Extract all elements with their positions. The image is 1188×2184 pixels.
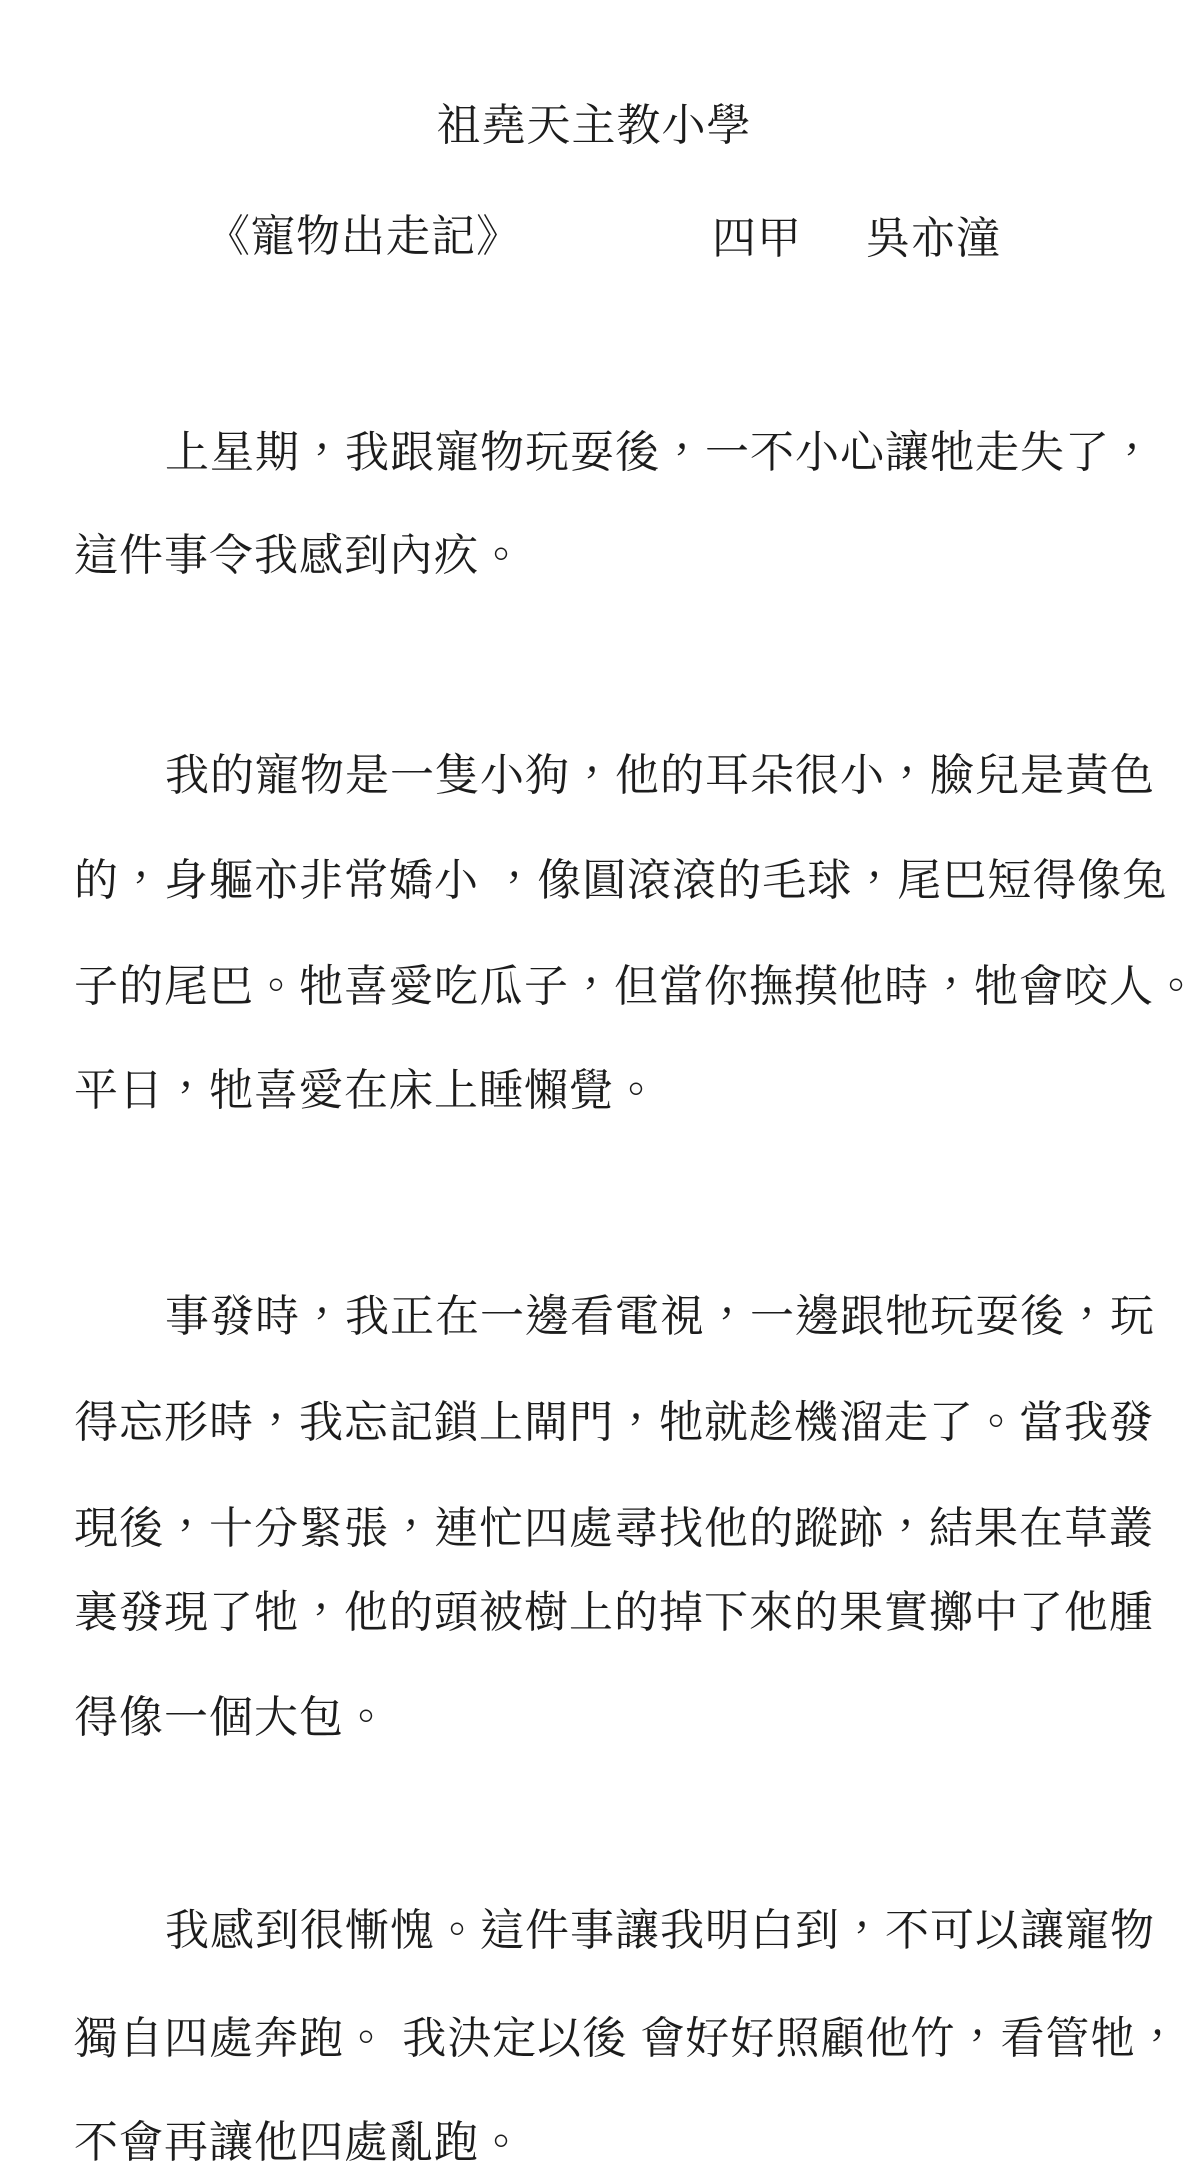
class-label: 四甲 — [712, 214, 802, 265]
school-name: 祖堯天主教小學 — [0, 101, 1188, 152]
essay-line: 我感到很慚愧。這件事讓我明白到，不可以讓寵物 — [165, 1906, 1155, 1957]
essay-line: 現後，十分緊張，連忙四處尋找他的蹤跡，結果在草叢 — [74, 1504, 1154, 1555]
essay-line: 裏發現了牠，他的頭被樹上的掉下來的果實擲中了他腫 — [74, 1588, 1154, 1639]
essay-line: 子的尾巴。牠喜愛吃瓜子，但當你撫摸他時，牠會咬人。 — [74, 962, 1188, 1013]
essay-line: 我的寵物是一隻小狗，他的耳朵很小，臉兒是黃色 — [165, 751, 1155, 802]
essay-line: 不會再讓他四處亂跑。 — [74, 2118, 524, 2169]
essay-page: 祖堯天主教小學 《寵物出走記》 四甲 吳亦潼 上星期，我跟寵物玩耍後，一不小心讓… — [0, 0, 1188, 2184]
essay-line: 獨自四處奔跑。 我決定以後 會好好照顧他竹，看管牠， — [74, 2014, 1180, 2065]
author-name: 吳亦潼 — [866, 214, 1001, 265]
essay-title: 《寵物出走記》 — [206, 212, 521, 263]
essay-line: 的，身軀亦非常嬌小 ，像圓滾滾的毛球，尾巴短得像兔 — [74, 856, 1167, 907]
essay-line: 上星期，我跟寵物玩耍後，一不小心讓牠走失了， — [165, 428, 1155, 479]
essay-line: 平日，牠喜愛在床上睡懶覺。 — [74, 1066, 659, 1117]
essay-line: 得忘形時，我忘記鎖上閘門，牠就趁機溜走了。當我發 — [74, 1398, 1154, 1449]
essay-line: 事發時，我正在一邊看電視，一邊跟牠玩耍後，玩 — [165, 1292, 1155, 1343]
essay-line: 得像一個大包。 — [74, 1693, 389, 1744]
essay-line: 這件事令我感到內疚。 — [74, 531, 524, 582]
